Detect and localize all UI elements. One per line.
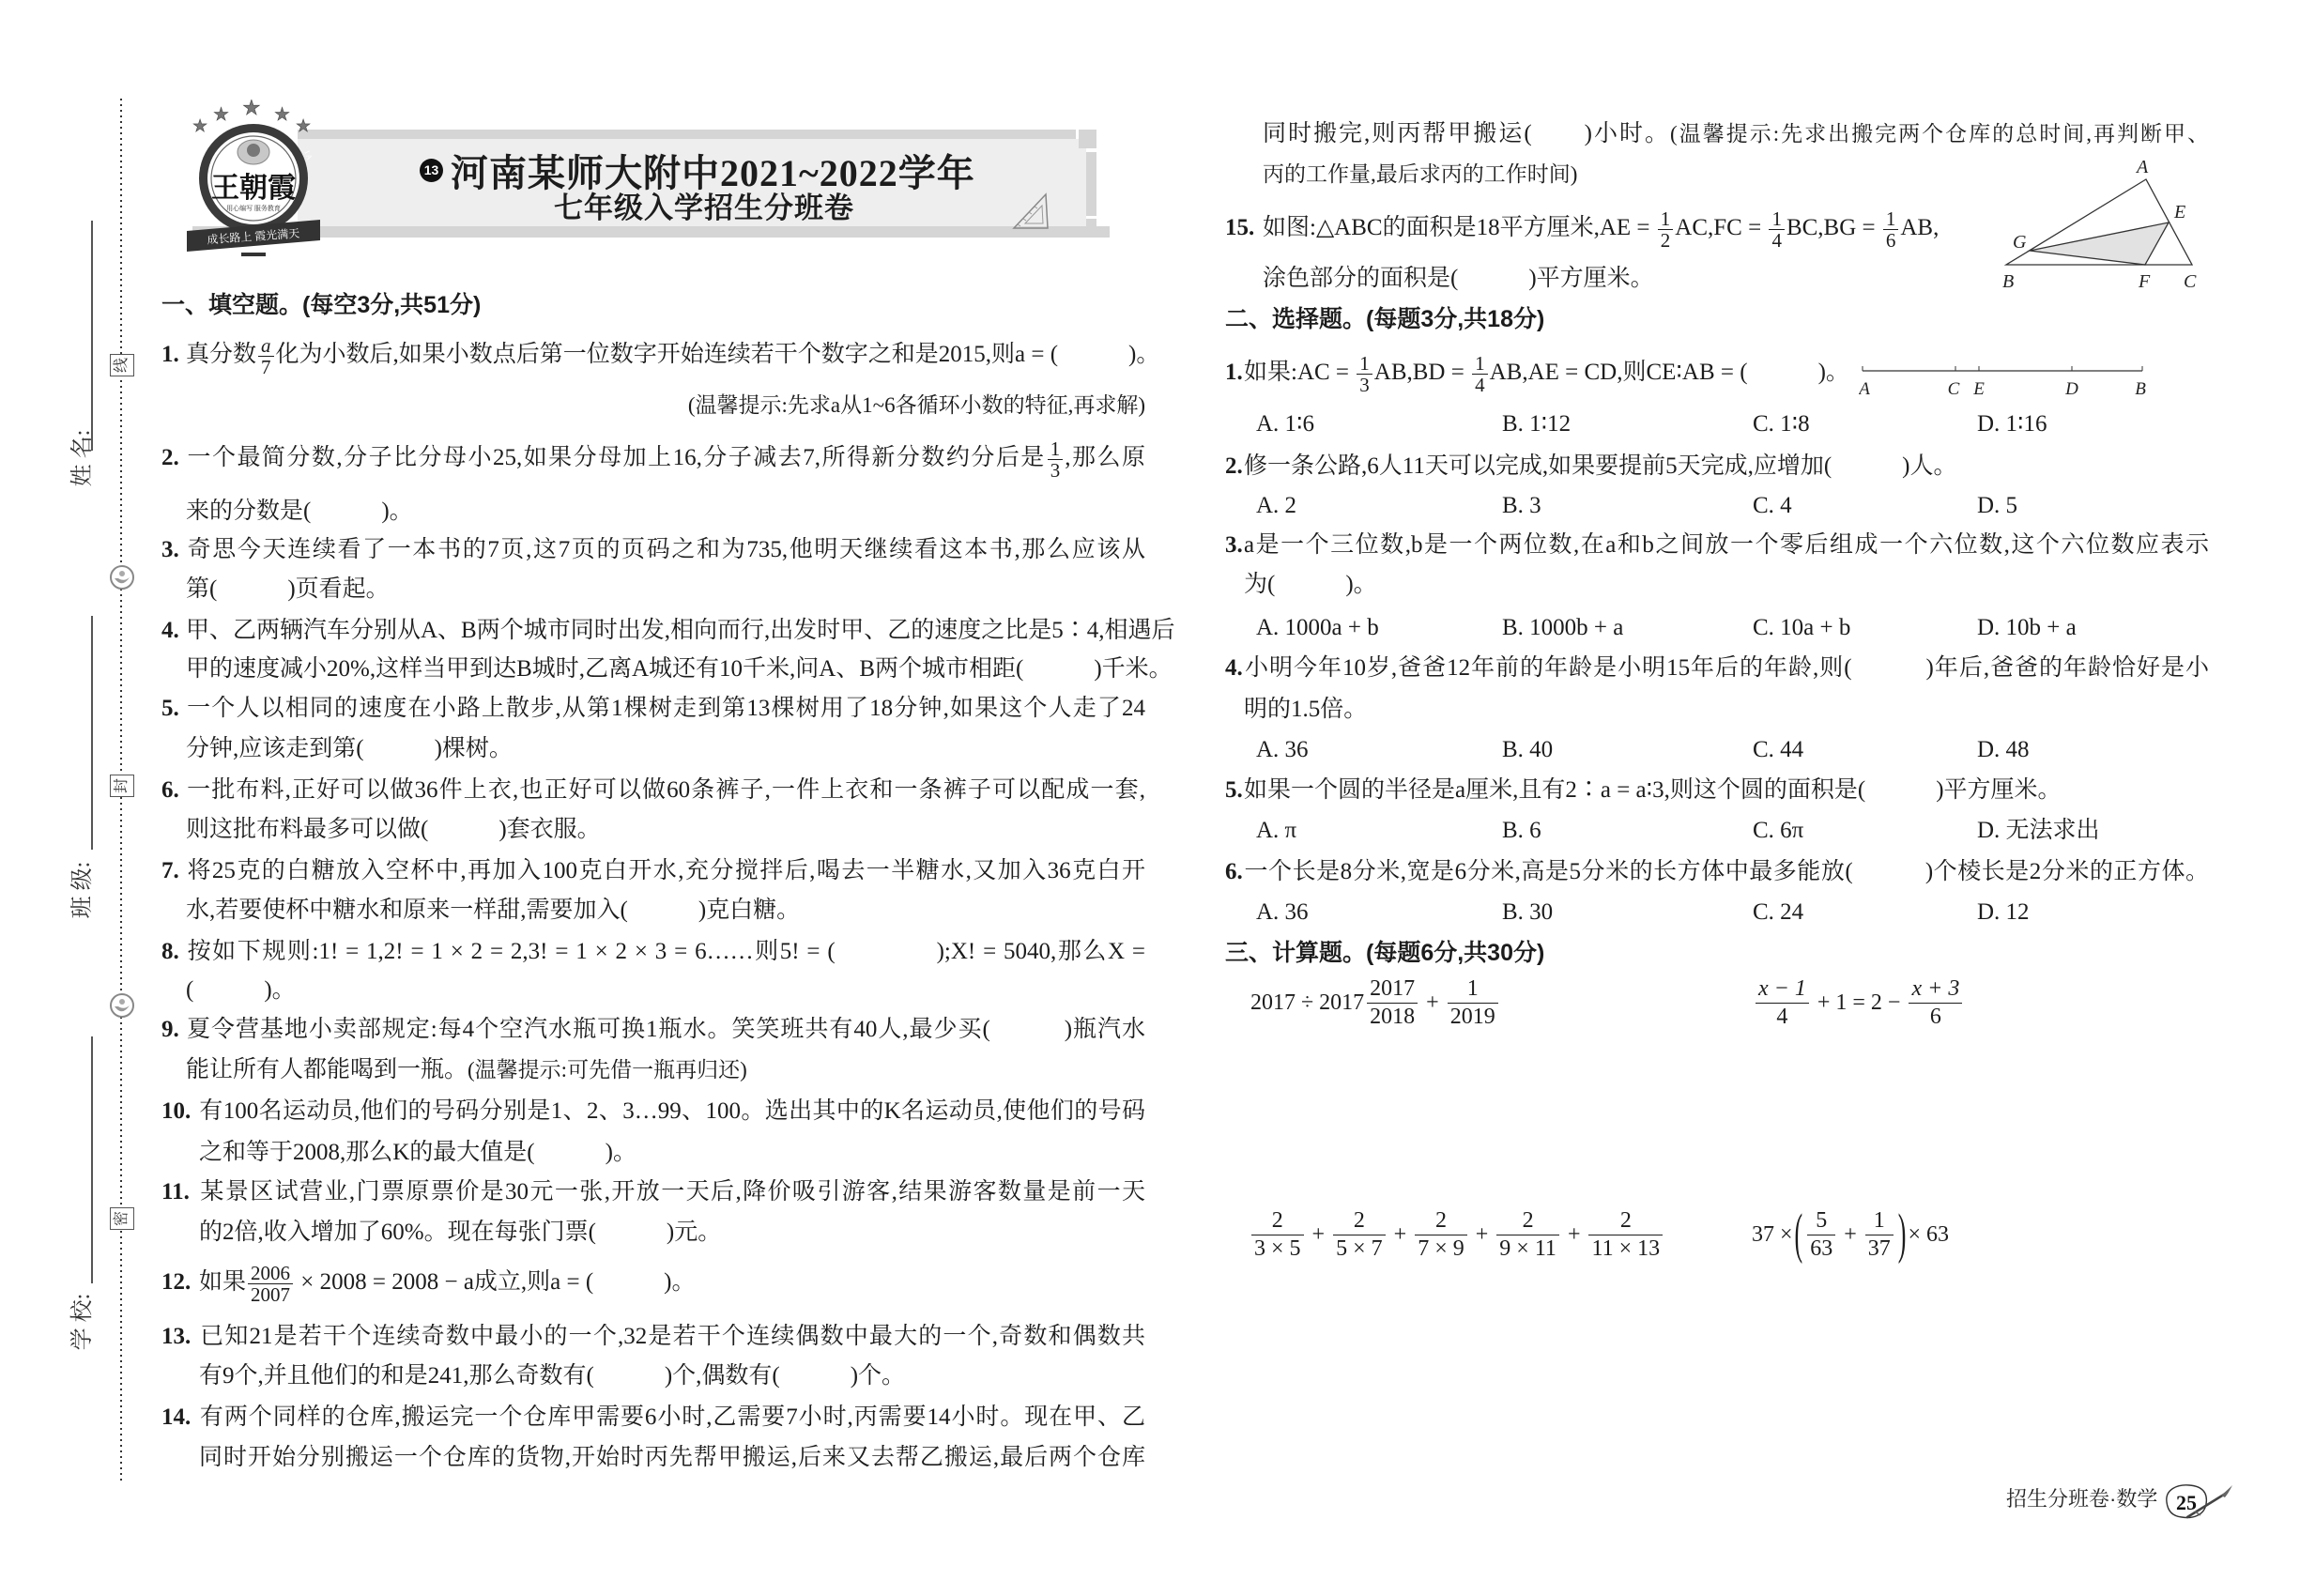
question-text: 同时搬完,则丙帮甲搬运( )小时。 (1263, 121, 1670, 146)
vertex-label-g: G (2013, 232, 2027, 253)
question-text: 如果 (199, 1269, 246, 1295)
question-number: 7. (161, 857, 186, 885)
fraction: 27 × 9 (1415, 1207, 1467, 1263)
s2-q4-option-d: D. 48 (1977, 736, 2030, 764)
q10-line-1: 10.有100名运动员,他们的号码分别是1、2、3…99、100。选出其中的K名… (161, 1097, 1145, 1126)
q8-line-2: ( )。 (186, 976, 296, 1005)
fraction-denominator: 3 (1048, 460, 1064, 481)
fraction-numerator: 1 (1048, 438, 1064, 460)
question-text: 一批布料,正好可以做36件上衣,也正好可以做60条裤子,一件上衣和一条裤子可以配… (186, 777, 1145, 803)
fraction-numerator: 2 (1496, 1207, 1559, 1235)
point-label-d: D (2064, 379, 2078, 399)
s2-q6-option-c: C. 24 (1753, 898, 1803, 927)
fraction: 14 (1472, 353, 1488, 395)
fraction-numerator: x + 3 (1909, 975, 1962, 1004)
s2-q2-option-d: D. 5 (1977, 492, 2017, 520)
question-text: 如图:△ABC的面积是18平方厘米,AE = (1263, 215, 1656, 240)
question-number: 6. (161, 776, 186, 805)
fraction-numerator: 1 (1865, 1207, 1894, 1235)
s2-q2-option-a: A. 2 (1256, 492, 1296, 520)
class-underline (91, 616, 93, 850)
fraction-denominator: 2018 (1367, 1004, 1418, 1031)
portrait-icon (247, 144, 260, 157)
star-icon: ★ (296, 116, 311, 135)
fraction: 12 (1658, 208, 1674, 251)
s2-q2-option-c: C. 4 (1753, 492, 1792, 520)
q1-hint: (温馨提示:先求a从1~6各循环小数的特征,再求解) (161, 391, 1145, 420)
fraction: 13 (1048, 438, 1064, 481)
question-text: ,那么原 (1065, 445, 1145, 470)
s2-q3-option-c: C. 10a + b (1753, 614, 1850, 642)
banner-top-bar (298, 130, 1076, 139)
s2-q5-option-a: A. π (1256, 817, 1296, 845)
q8-line-1: 8.按如下规则:1! = 1,2! = 1 × 2 = 2,3! = 1 × 2… (161, 938, 1145, 966)
s2-q3-option-a: A. 1000a + b (1256, 614, 1379, 642)
s2-q6-option-b: B. 30 (1502, 898, 1553, 927)
fraction-numerator: 1 (1448, 975, 1498, 1004)
s2-q4-line-1: 4.小明今年10岁,爸爸12年前的年龄是小明15年后的年龄,则( )年后,爸爸的… (1225, 654, 2209, 683)
fraction-denominator: 7 (258, 357, 274, 377)
fraction-numerator: 2017 (1367, 975, 1418, 1004)
fraction-denominator: 4 (1769, 230, 1785, 251)
footer-label: 招生分班卷·数学 (2006, 1486, 2157, 1512)
s2-q2-option-b: B. 3 (1502, 492, 1541, 520)
right-paren: ) (1898, 1203, 1907, 1267)
s2-q4-option-a: A. 36 (1256, 736, 1309, 764)
fraction-denominator: 6 (1883, 230, 1899, 251)
fraction-denominator: 3 (1357, 375, 1372, 395)
logo-brand: 王朝霞 (211, 173, 296, 204)
q11-line-1: 11.某景区试营业,门票原票价是30元一张,开放一天后,降价吸引游客,结果游客数… (161, 1178, 1145, 1206)
q2-line-2: 来的分数是( )。 (186, 498, 413, 526)
fraction-denominator: 2 (1658, 230, 1674, 251)
question-number: 8. (161, 938, 186, 966)
fraction: 16 (1883, 208, 1899, 251)
question-number: 12. (161, 1268, 199, 1297)
q6-line-2: 则这批布料最多可以做( )套衣服。 (186, 816, 601, 844)
fraction-denominator: 9 × 11 (1496, 1235, 1559, 1263)
fraction-numerator: a (258, 335, 274, 357)
publisher-logo: ★ ★ ★ ★ ★ 王朝霞 用心编写 服务教育 WANGZHAOXIA 成长路上… (183, 100, 324, 261)
question-text: 某景区试营业,门票原票价是30元一张,开放一天后,降价吸引游客,结果游客数量是前… (199, 1179, 1145, 1205)
question-text: 甲、乙两辆汽车分别从A、B两个城市同时出发,相向而行,出发时甲、乙的速度之比是5… (186, 618, 1174, 643)
q14-hint-line-2: 丙的工作量,最后求丙的工作时间) (1263, 161, 1577, 189)
s2-q3-line-2: 为( )。 (1244, 571, 1377, 599)
fraction-denominator: 3 × 5 (1251, 1235, 1304, 1263)
question-number: 1. (161, 341, 186, 369)
question-text: × 2008 = 2008 − a成立,则a = ( )。 (295, 1269, 696, 1295)
page-number-badge: 25 (2159, 1480, 2234, 1525)
fraction: 137 (1865, 1207, 1894, 1263)
fraction: 211 × 13 (1588, 1207, 1663, 1263)
vertex-label-a: A (2135, 157, 2149, 177)
question-number: 4. (161, 617, 186, 645)
s2-q4-option-b: B. 40 (1502, 736, 1553, 764)
banner-side-bar (1086, 152, 1096, 216)
s2-q1-option-c: C. 1∶8 (1753, 410, 1810, 438)
fraction: 12019 (1448, 975, 1498, 1031)
operator: + (1426, 990, 1439, 1016)
operator: + (1312, 1222, 1326, 1248)
question-text: 按如下规则:1! = 1,2! = 1 × 2 = 2,3! = 1 × 2 ×… (186, 939, 1145, 964)
question-number: 1. (1225, 359, 1244, 387)
exam-number-badge: 13 (420, 159, 443, 182)
q4-line-1: 4.甲、乙两辆汽车分别从A、B两个城市同时出发,相向而行,出发时甲、乙的速度之比… (161, 617, 1145, 645)
q7-line-2: 水,若要使杯中糖水和原来一样甜,需要加入( )克白糖。 (186, 897, 800, 925)
question-number: 15. (1225, 214, 1263, 242)
q2-line-1: 2.一个最简分数,分子比分母小25,如果分母加上16,分子减去7,所得新分数约分… (161, 444, 1145, 472)
section-1-heading: 一、填空题。(每空3分,共51分) (161, 291, 481, 319)
fraction: 20172018 (1367, 975, 1418, 1031)
q4-line-2: 甲的速度减小20%,这样当甲到达B城时,乙离A城还有10千米,问A、B两个城市相… (186, 655, 1145, 683)
s2-q6-option-a: A. 36 (1256, 898, 1309, 927)
question-text: AB,AE = CD,则CE∶AB = ( )。 (1490, 360, 1849, 385)
fraction-numerator: 2 (1251, 1207, 1304, 1235)
fraction-numerator: 2006 (248, 1263, 293, 1284)
q14-line-1: 14.有两个同样的仓库,搬运完一个仓库甲需要6小时,乙需要7小时,丙需要14小时… (161, 1404, 1145, 1432)
fraction: x − 14 (1756, 975, 1809, 1031)
calc-problem-4: 37 × ( 563 + 137 ) × 63 (1752, 1205, 1949, 1265)
s2-q5-option-c: C. 6π (1753, 817, 1803, 845)
q14-line-2: 同时开始分别搬运一个仓库的货物,开始时丙先帮甲搬运,后来又去帮乙搬运,最后两个仓… (199, 1444, 1145, 1472)
q1-line-1: 1.真分数a7化为小数后,如果小数点后第一位数字开始连续若干个数字之和是2015… (161, 341, 1145, 369)
s2-q1-line-1: 1.如果:AC = 13AB,BD = 14AB,AE = CD,则CE∶AB … (1225, 359, 1849, 387)
point-label-a: A (1859, 379, 1870, 399)
question-text: 一个人以相同的速度在小路上散步,从第1棵树走到第13棵树用了18分钟,如果这个人… (186, 696, 1145, 721)
fraction: 13 (1357, 353, 1372, 395)
vertex-label-f: F (2138, 271, 2151, 292)
logo-slogan: 用心编写 服务教育 (226, 204, 281, 212)
question-text: 将25克的白糖放入空杯中,再加入100克白开水,充分搅拌后,喝去一半糖水,又加入… (186, 858, 1145, 883)
fraction-denominator: 37 (1865, 1235, 1894, 1263)
expression-text: + 1 = 2 − (1817, 990, 1901, 1016)
q9-line-1: 9.夏令营基地小卖部规定:每4个空汽水瓶可换1瓶水。笑笑班共有40人,最少买( … (161, 1016, 1145, 1044)
calc-problem-2: x − 14 + 1 = 2 − x + 36 (1753, 973, 1965, 1033)
exam-subtitle: 七年级入学招生分班卷 (554, 192, 854, 224)
segment-figure: A C E D B (1859, 355, 2152, 400)
fraction: 563 (1807, 1207, 1835, 1263)
s2-q5-line-1: 5.如果一个圆的半径是a厘米,且有2∶a = a∶3,则这个圆的面积是( )平方… (1225, 776, 2062, 805)
question-text: 如果一个圆的半径是a厘米,且有2∶a = a∶3,则这个圆的面积是( )平方厘米… (1244, 777, 2062, 803)
question-text: 已知21是若干个连续奇数中最小的一个,32是若干个连续偶数中最大的一个,奇数和偶… (199, 1324, 1145, 1349)
question-text: BC,BG = (1786, 215, 1881, 240)
fraction-numerator: x − 1 (1756, 975, 1809, 1004)
fraction: 23 × 5 (1251, 1207, 1304, 1263)
name-label: 姓 名: (69, 416, 96, 500)
fraction-denominator: 7 × 9 (1415, 1235, 1467, 1263)
question-number: 11. (161, 1178, 199, 1206)
exam-title: 河南某师大附中2021~2022学年 (451, 144, 975, 197)
operator: + (1476, 1222, 1489, 1248)
q7-line-1: 7.将25克的白糖放入空杯中,再加入100克白开水,充分搅拌后,喝去一半糖水,又… (161, 857, 1145, 885)
question-text: AC,FC = (1675, 215, 1767, 240)
fraction: 14 (1769, 208, 1785, 251)
class-label: 班 级: (69, 848, 96, 932)
vertex-label-c: C (2184, 271, 2197, 292)
banner-bottom-bar (192, 226, 1110, 238)
fraction-denominator: 2019 (1448, 1004, 1498, 1031)
point-label-c: C (1948, 379, 1960, 399)
school-underline (91, 1036, 93, 1283)
question-text: AB,BD = (1374, 360, 1470, 385)
question-number: 14. (161, 1404, 199, 1432)
question-number: 10. (161, 1097, 199, 1126)
question-text: a是一个三位数,b是一个两位数,在a和b之间放一个零后组成一个六位数,这个六位数… (1244, 532, 2209, 558)
q3-line-1: 3.奇思今天连续看了一本书的7页,这7页的页码之和为735,他明天继续看这本书,… (161, 536, 1145, 564)
s2-q3-option-b: B. 1000b + a (1502, 614, 1623, 642)
question-text: 一个最简分数,分子比分母小25,如果分母加上16,分子减去7,所得新分数约分后是 (186, 445, 1046, 470)
q5-line-1: 5.一个人以相同的速度在小路上散步,从第1棵树走到第13棵树用了18分钟,如果这… (161, 695, 1145, 723)
question-number: 3. (1225, 531, 1244, 560)
fraction: 20062007 (248, 1263, 293, 1305)
s2-q6-line-1: 6.一个长是8分米,宽是6分米,高是5分米的长方体中最多能放( )个棱长是2分米… (1225, 858, 2209, 886)
s2-q4-option-c: C. 44 (1753, 736, 1803, 764)
question-text: 真分数 (186, 342, 256, 367)
question-number: 5. (161, 695, 186, 723)
question-text: 能让所有人都能喝到一瓶。 (186, 1057, 468, 1082)
fraction-numerator: 2 (1333, 1207, 1386, 1235)
fraction: a7 (258, 335, 274, 377)
question-hint: (温馨提示:可先借一瓶再归还) (468, 1058, 747, 1082)
q15-line-1: 15.如图:△ABC的面积是18平方厘米,AE = 12AC,FC = 14BC… (1225, 214, 1939, 242)
fraction-denominator: 2007 (248, 1284, 293, 1305)
seal-char-feng: 封 (110, 775, 134, 797)
s2-q5-option-b: B. 6 (1502, 817, 1541, 845)
question-number: 13. (161, 1323, 199, 1351)
q9-line-2: 能让所有人都能喝到一瓶。(温馨提示:可先借一瓶再归还) (186, 1056, 747, 1084)
section-2-heading: 二、选择题。(每题3分,共18分) (1225, 305, 1544, 333)
question-hint: (温馨提示:先求出搬完两个仓库的总时间,再判断甲、 (1670, 122, 2209, 146)
operator: + (1568, 1222, 1581, 1248)
fraction-denominator: 11 × 13 (1588, 1235, 1663, 1263)
q11-line-2: 的2倍,收入增加了60%。现在每张门票( )元。 (199, 1219, 721, 1247)
s2-q4-line-2: 明的1.5倍。 (1244, 696, 1367, 724)
question-text: 有100名运动员,他们的号码分别是1、2、3…99、100。选出其中的K名运动员… (199, 1098, 1145, 1124)
star-icon: ★ (192, 116, 207, 135)
q5-line-2: 分钟,应该走到第( )棵树。 (186, 735, 513, 763)
question-text: AB, (1900, 215, 1939, 240)
fraction-numerator: 1 (1658, 208, 1674, 230)
page-number: 25 (2176, 1491, 2197, 1514)
fraction-numerator: 5 (1807, 1207, 1835, 1235)
question-number: 5. (1225, 776, 1244, 805)
s2-q5-option-d: D. 无法求出 (1977, 817, 2100, 845)
point-label-b: B (2135, 379, 2146, 399)
calc-problem-3: 23 × 5 + 25 × 7 + 27 × 9 + 29 × 11 + 211… (1249, 1205, 1665, 1265)
s2-q1-option-b: B. 1∶12 (1502, 410, 1571, 438)
question-number: 4. (1225, 654, 1244, 683)
fraction: 29 × 11 (1496, 1207, 1559, 1263)
s2-q3-line-1: 3.a是一个三位数,b是一个两位数,在a和b之间放一个零后组成一个六位数,这个六… (1225, 531, 2209, 560)
question-text: 化为小数后,如果小数点后第一位数字开始连续若干个数字之和是2015,则a = (… (276, 342, 1160, 367)
fraction-numerator: 2 (1588, 1207, 1663, 1235)
q3-line-2: 第( )页看起。 (186, 575, 390, 604)
seal-char-mi: 密 (110, 1207, 134, 1230)
question-text: 有两个同样的仓库,搬运完一个仓库甲需要6小时,乙需要7小时,丙需要14小时。现在… (199, 1404, 1145, 1430)
fraction-numerator: 1 (1357, 353, 1372, 375)
fraction-numerator: 1 (1883, 208, 1899, 230)
left-paren: ( (1795, 1203, 1803, 1267)
seal-char-xian: 线 (110, 354, 134, 376)
s2-q3-option-d: D. 10b + a (1977, 614, 2077, 642)
ornament-icon (109, 564, 135, 591)
q13-line-1: 13.已知21是若干个连续奇数中最小的一个,32是若干个连续偶数中最大的一个,奇… (161, 1323, 1145, 1351)
fraction-denominator: 5 × 7 (1333, 1235, 1386, 1263)
question-text: 修一条公路,6人11天可以完成,如果要提前5天完成,应增加( )人。 (1244, 453, 1956, 479)
fraction-denominator: 4 (1756, 1004, 1809, 1031)
vertex-label-b: B (2002, 271, 2014, 292)
expression-text: 37 × (1752, 1222, 1793, 1248)
triangle-figure: A E G B F C (2000, 150, 2244, 300)
question-number: 2. (1225, 453, 1244, 481)
question-number: 2. (161, 444, 186, 472)
question-number: 6. (1225, 858, 1244, 886)
fraction-numerator: 2 (1415, 1207, 1467, 1235)
q12-line-1: 12.如果20062007 × 2008 = 2008 − a成立,则a = (… (161, 1268, 696, 1297)
s2-q6-option-d: D. 12 (1977, 898, 2030, 927)
set-square-icon (1012, 192, 1053, 231)
question-text: 小明今年10岁,爸爸12年前的年龄是小明15年后的年龄,则( )年后,爸爸的年龄… (1244, 655, 2209, 681)
q10-line-2: 之和等于2008,那么K的最大值是( )。 (199, 1139, 636, 1167)
operator: + (1394, 1222, 1407, 1248)
banner-corner-block (1079, 130, 1096, 148)
q13-line-2: 有9个,并且他们的和是241,那么奇数有( )个,偶数有( )个。 (199, 1362, 905, 1390)
question-text: 一个长是8分米,宽是6分米,高是5分米的长方体中最多能放( )个棱长是2分米的正… (1244, 859, 2209, 884)
question-number: 9. (161, 1016, 186, 1044)
star-icon: ★ (274, 105, 290, 125)
fraction: 25 × 7 (1333, 1207, 1386, 1263)
fraction-denominator: 4 (1472, 375, 1488, 395)
q15-line-2: 涂色部分的面积是( )平方厘米。 (1263, 265, 1654, 293)
star-icon: ★ (242, 100, 261, 119)
fraction: x + 36 (1909, 975, 1962, 1031)
q6-line-1: 6.一批布料,正好可以做36件上衣,也正好可以做60条裤子,一件上衣和一条裤子可… (161, 776, 1145, 805)
question-number: 3. (161, 536, 186, 564)
fraction-denominator: 63 (1807, 1235, 1835, 1263)
operator: + (1844, 1222, 1857, 1248)
expression-text: 2017 ÷ 2017 (1250, 990, 1364, 1016)
banner-side-block (1086, 219, 1096, 226)
section-3-heading: 三、计算题。(每题6分,共30分) (1225, 939, 1544, 967)
fraction-numerator: 1 (1472, 353, 1488, 375)
s2-q1-option-a: A. 1∶6 (1256, 410, 1314, 438)
fraction-denominator: 6 (1909, 1004, 1962, 1031)
school-label: 学 校: (69, 1280, 96, 1364)
q14-line-3: 同时搬完,则丙帮甲搬运( )小时。(温馨提示:先求出搬完两个仓库的总时间,再判断… (1263, 120, 2209, 148)
question-text: 奇思今天连续看了一本书的7页,这7页的页码之和为735,他明天继续看这本书,那么… (186, 537, 1145, 562)
exam-title-row: 13 河南某师大附中2021~2022学年 (420, 147, 975, 192)
expression-text: × 63 (1908, 1222, 1949, 1248)
s2-q2-line-1: 2.修一条公路,6人11天可以完成,如果要提前5天完成,应增加( )人。 (1225, 453, 1956, 481)
question-text: 夏令营基地小卖部规定:每4个空汽水瓶可换1瓶水。笑笑班共有40人,最少买( )瓶… (186, 1017, 1145, 1042)
star-icon: ★ (213, 105, 229, 125)
question-text: 如果:AC = (1244, 360, 1355, 385)
vertex-label-e: E (2173, 202, 2185, 223)
s2-q1-option-d: D. 1∶16 (1977, 410, 2047, 438)
ornament-icon (109, 992, 135, 1019)
point-label-e: E (1972, 379, 1985, 399)
fraction-numerator: 1 (1769, 208, 1785, 230)
calc-problem-1: 2017 ÷ 2017 20172018 + 12019 (1250, 973, 1501, 1033)
